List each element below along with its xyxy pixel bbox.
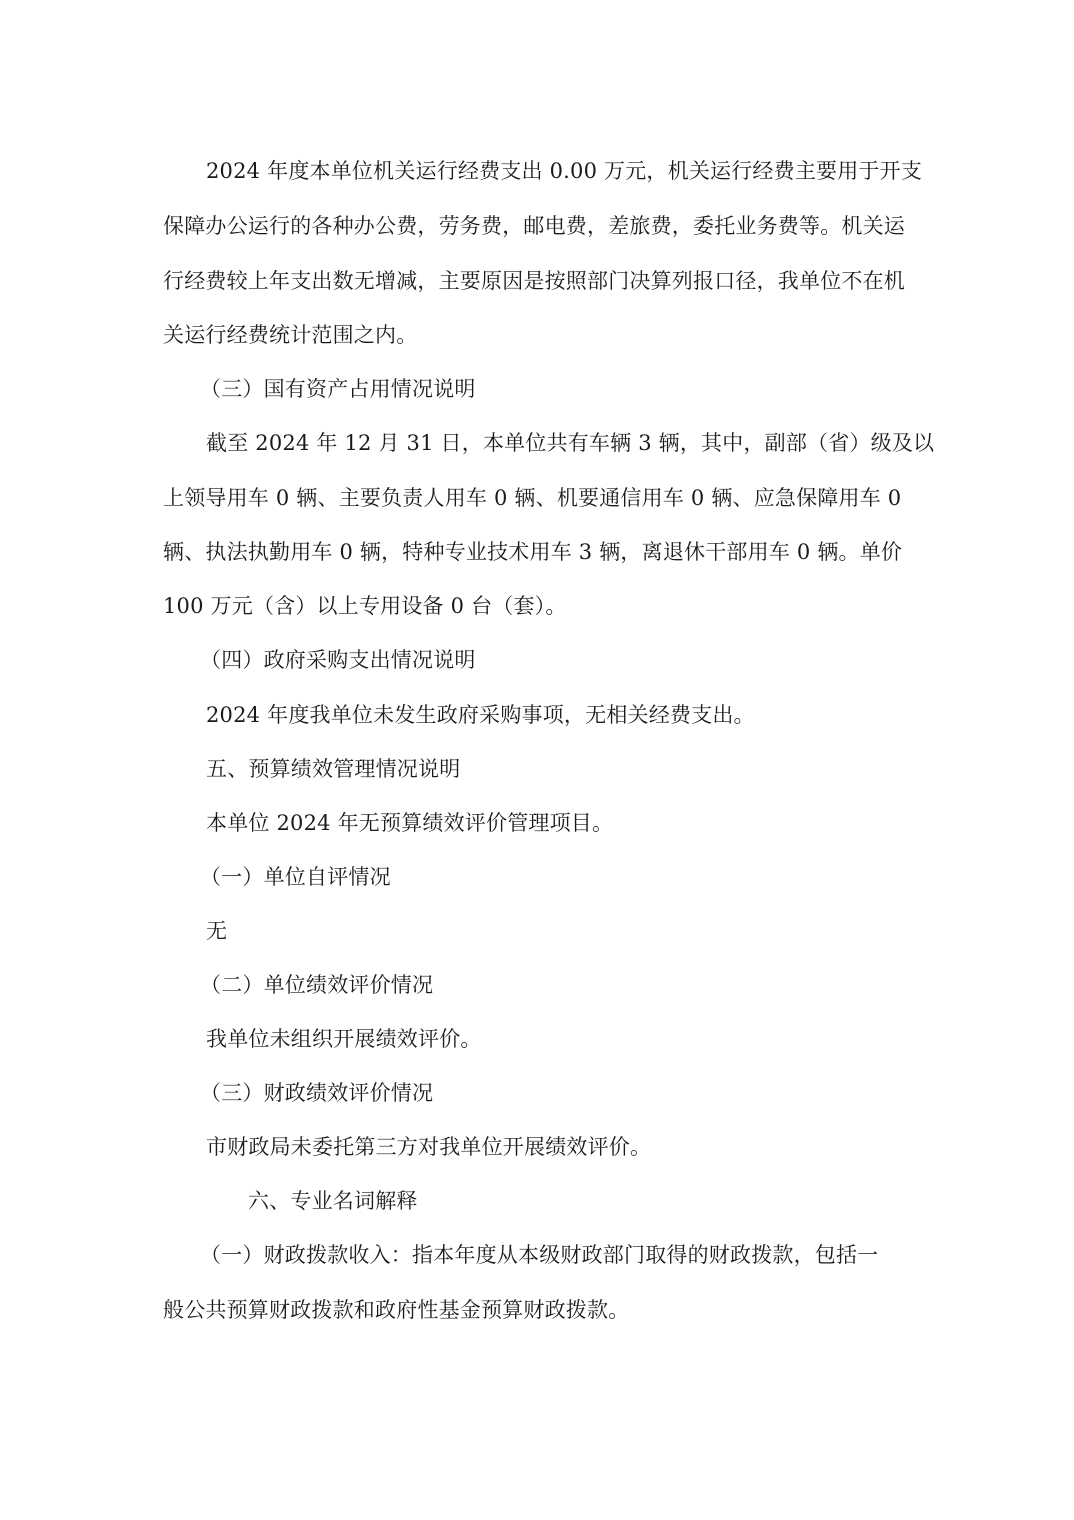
text-line: 2024 年度本单位机关运行经费支出 0.00 万元，机关运行经费主要用于开支: [206, 157, 922, 185]
text-line: 五、预算绩效管理情况说明: [206, 755, 460, 783]
text-line: 关运行经费统计范围之内。: [163, 321, 417, 349]
text-line: 2024 年度我单位未发生政府采购事项，无相关经费支出。: [206, 701, 755, 729]
text-line: 100 万元（含）以上专用设备 0 台（套）。: [163, 592, 567, 620]
text-line: （二）单位绩效评价情况: [200, 971, 433, 999]
text-line: （三）国有资产占用情况说明: [200, 375, 476, 403]
text-line: （一）财政拨款收入：指本年度从本级财政部门取得的财政拨款，包括一: [200, 1241, 878, 1269]
text-line: （三）财政绩效评价情况: [200, 1079, 433, 1107]
text-line: 上领导用车 0 辆、主要负责人用车 0 辆、机要通信用车 0 辆、应急保障用车 …: [163, 484, 901, 512]
text-line: 般公共预算财政拨款和政府性基金预算财政拨款。: [163, 1296, 629, 1324]
text-line: 六、专业名词解释: [248, 1187, 418, 1215]
text-line: （一）单位自评情况: [200, 863, 391, 891]
text-line: 市财政局未委托第三方对我单位开展绩效评价。: [206, 1133, 651, 1161]
text-line: 本单位 2024 年无预算绩效评价管理项目。: [206, 809, 613, 837]
text-line: 无: [206, 917, 227, 945]
text-line: 辆、执法执勤用车 0 辆，特种专业技术用车 3 辆，离退休干部用车 0 辆。单价: [163, 538, 902, 566]
text-line: 行经费较上年支出数无增减，主要原因是按照部门决算列报口径，我单位不在机: [163, 267, 905, 295]
text-line: 截至 2024 年 12 月 31 日，本单位共有车辆 3 辆，其中，副部（省）…: [206, 429, 934, 457]
text-line: 保障办公运行的各种办公费，劳务费，邮电费，差旅费，委托业务费等。机关运: [163, 212, 905, 240]
text-line: （四）政府采购支出情况说明: [200, 646, 476, 674]
text-line: 我单位未组织开展绩效评价。: [206, 1025, 482, 1053]
document-page: 2024 年度本单位机关运行经费支出 0.00 万元，机关运行经费主要用于开支保…: [0, 0, 1074, 1520]
